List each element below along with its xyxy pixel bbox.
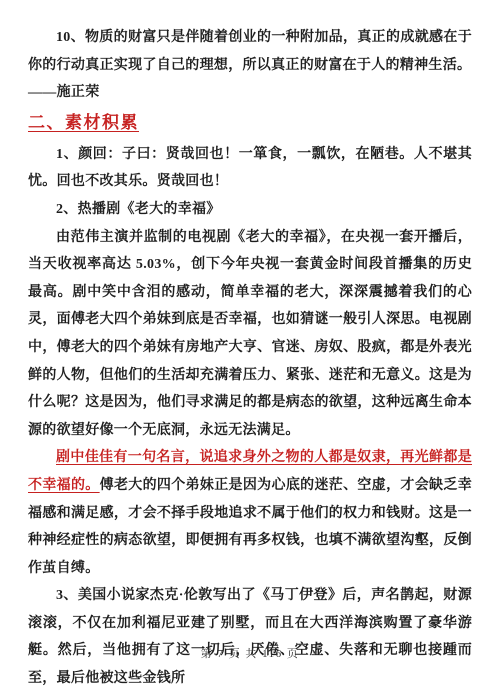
paragraph-item-2-body: 由范伟主演并监制的电视剧《老大的幸福》，在央视一套开播后，当天收视率高达 5.0… <box>28 224 472 445</box>
paragraph-item-2-highlight: 剧中佳佳有一句名言，说追求身外之物的人都是奴隶，再光鲜都是不幸福的。傅老大的四个… <box>28 444 472 582</box>
section-heading-material-accumulation: 二、素材积累 <box>28 108 472 138</box>
paragraph-item-1-yanhui: 1、颜回：子曰：贤哉回也！一箪食，一瓢饮，在陋巷。人不堪其忧。回也不改其乐。贤哉… <box>28 141 472 196</box>
paragraph-quote-10: 10、物质的财富只是伴随着创业的一种附加品，真正的成就感在于你的行动真正实现了自… <box>28 24 472 79</box>
page-number-indicator: 第 7 页 共 116 页 <box>0 645 500 661</box>
attribution-line: ——施正荣 <box>28 79 472 107</box>
paragraph-item-2-title: 2、热播剧《老大的幸福》 <box>28 196 472 224</box>
document-page: 10、物质的财富只是伴随着创业的一种附加品，真正的成就感在于你的行动真正实现了自… <box>0 0 500 692</box>
paragraph-item-3-jack-london: 3、美国小说家杰克·伦敦写出了《马丁伊登》后，声名鹊起，财源滚滚，不仅在加利福尼… <box>28 582 472 692</box>
